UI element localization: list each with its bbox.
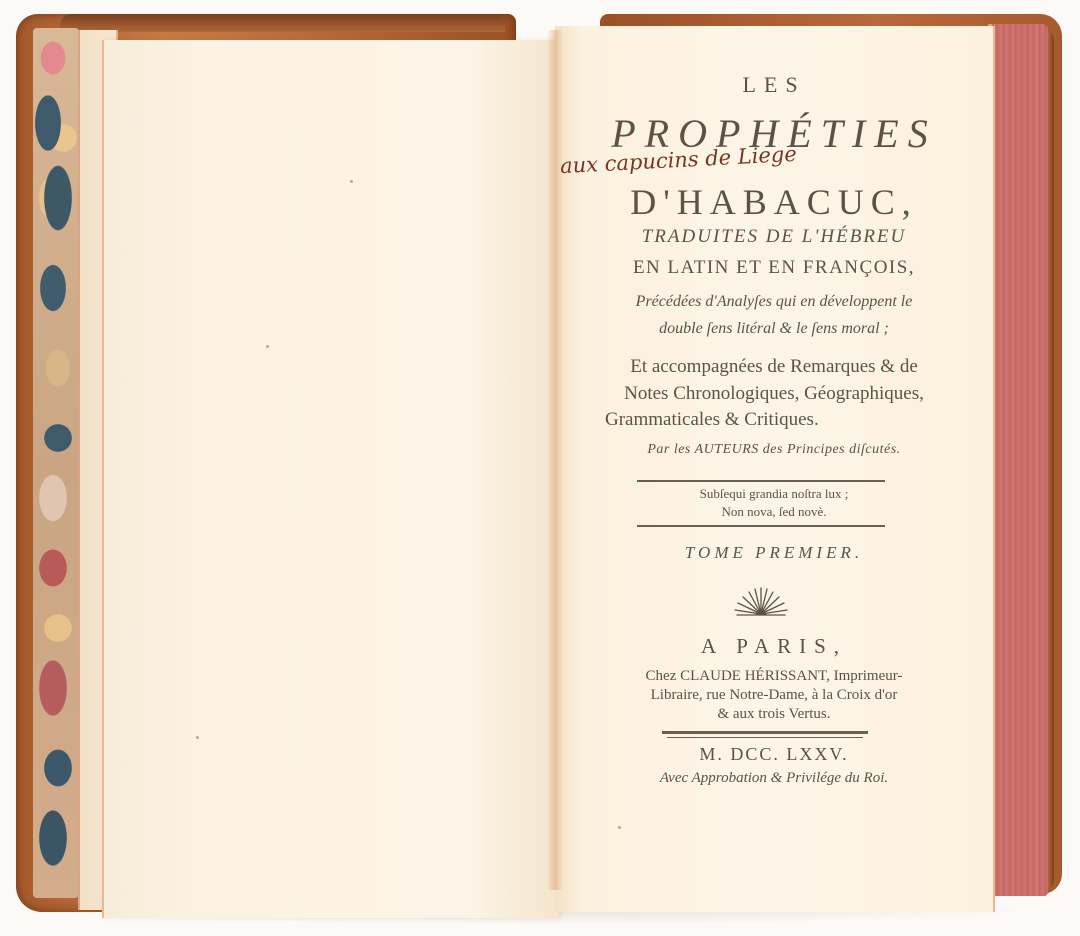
printer-line-2: Libraire, rue Notre-Dame, à la Croix d'o… xyxy=(555,687,993,704)
place-line: A PARIS, xyxy=(555,634,993,659)
double-rule-thin xyxy=(667,737,863,738)
accompanied-line-2: Notes Chronologiques, Géographiques, xyxy=(555,383,993,405)
year-line: M. DCC. LXXV. xyxy=(555,744,993,765)
languages-line: EN LATIN ET EN FRANÇOIS, xyxy=(555,257,993,279)
privilege-line: Avec Approbation & Privilége du Roi. xyxy=(555,770,993,787)
left-cover-headcap xyxy=(60,14,505,32)
red-fore-edge xyxy=(988,24,1048,896)
motto-line-1: Subſequi grandia noſtra lux ; xyxy=(555,486,993,502)
rule-divider xyxy=(637,525,885,527)
foxing-spot xyxy=(350,180,353,183)
foxing-spot xyxy=(618,826,621,829)
printer-line-1: Chez CLAUDE HÉRISSANT, Imprimeur- xyxy=(555,668,993,685)
volume-line: TOME PREMIER. xyxy=(555,543,993,563)
preceded-line-2: double ſens litéral & le ſens moral ; xyxy=(555,320,993,338)
marbled-endpaper xyxy=(33,28,79,898)
rule-divider xyxy=(637,480,885,482)
title-subject: D'HABACUC, xyxy=(555,181,993,223)
translation-line: TRADUITES DE L'HÉBREU xyxy=(555,226,993,248)
sunburst-ornament-icon xyxy=(729,584,793,620)
foxing-spot xyxy=(196,736,199,739)
preceded-line-1: Précédées d'Analyſes qui en développent … xyxy=(555,293,993,311)
title-les: LES xyxy=(555,72,993,98)
authors-line: Par les AUTEURS des Principes diſcutés. xyxy=(555,442,993,458)
double-rule-thick xyxy=(662,731,868,734)
accompanied-line-3: Grammaticales & Critiques. xyxy=(605,409,819,431)
foxing-spot xyxy=(266,345,269,348)
blank-left-page xyxy=(102,40,559,918)
printer-line-3: & aux trois Vertus. xyxy=(555,706,993,723)
accompanied-line-1: Et accompagnées de Remarques & de xyxy=(555,356,993,378)
motto-line-2: Non nova, ſed novè. xyxy=(555,504,993,520)
